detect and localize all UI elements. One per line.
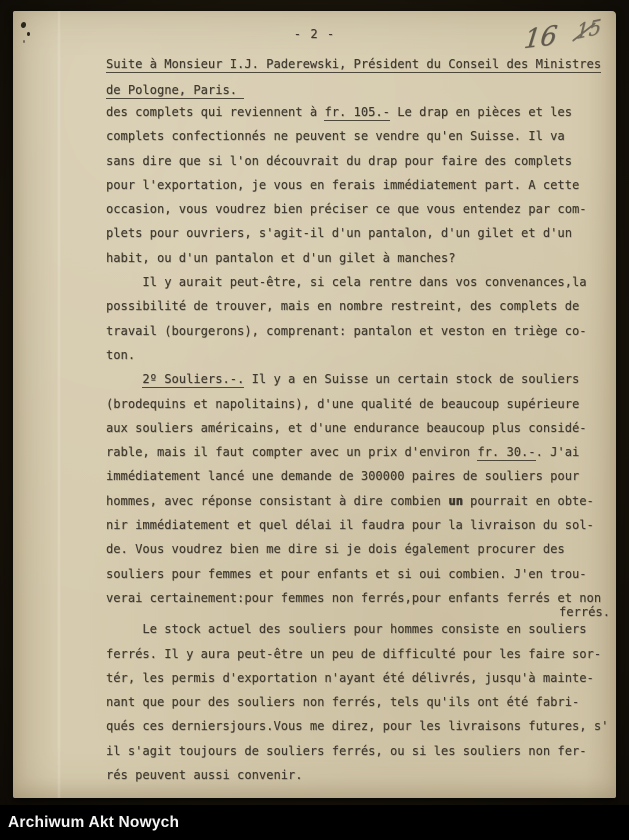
text-segment (106, 372, 142, 386)
text-segment: occasion, vous voudrez bien préciser ce … (106, 202, 587, 216)
text-segment: Le drap en pièces et les (390, 105, 572, 119)
text-line: verai certainement:pour femmes non ferré… (106, 586, 610, 610)
text-line: habit, ou d'un pantalon et d'un gilet à … (106, 246, 610, 270)
text-line: complets confectionnés ne peuvent se ven… (106, 124, 610, 148)
text-line: aux souliers américains, et d'une endura… (106, 416, 610, 440)
text-segment: de. Vous voudrez bien me dire si je dois… (106, 542, 565, 556)
text-line: immédiatement lancé une demande de 30000… (106, 464, 610, 488)
text-line: ferrés. Il y aura peut-être un peu de di… (106, 642, 610, 666)
text-segment: tér, les permis d'exportation n'ayant ét… (106, 671, 594, 685)
text-segment: aux souliers américains, et d'une endura… (106, 421, 587, 435)
text-segment: nir immédiatement et quel délai il faudr… (106, 518, 594, 532)
text-segment: pour l'exportation, je vous en ferais im… (106, 178, 579, 192)
text-line: tér, les permis d'exportation n'ayant ét… (106, 666, 610, 690)
text-segment: travail (bourgerons), comprenant: pantal… (106, 324, 587, 338)
text-line: Il y aurait peut-être, si cela rentre da… (106, 270, 610, 294)
text-segment: des complets qui reviennent à (106, 105, 324, 119)
underlined-text: fr. 30.- (477, 445, 535, 461)
body-text: des complets qui reviennent à fr. 105.- … (106, 100, 610, 787)
text-segment: verai certainement:pour femmes non ferré… (106, 591, 601, 605)
text-segment: rable, mais il faut compter avec un prix… (106, 445, 477, 459)
text-line: rable, mais il faut compter avec un prix… (106, 440, 610, 464)
text-line: occasion, vous voudrez bien préciser ce … (106, 197, 610, 221)
text-segment: nant que pour des souliers non ferrés, t… (106, 695, 579, 709)
scanned-document-photo: - 2 - 16 15 Suite à Monsieur I.J. Padere… (0, 0, 629, 840)
paper-crease (57, 11, 61, 798)
text-segment: . J'ai (536, 445, 580, 459)
text-line: des complets qui reviennent à fr. 105.- … (106, 100, 610, 124)
text-line: ton. (106, 343, 610, 367)
text-segment: souliers pour femmes et pour enfants et … (106, 567, 587, 581)
text-line: travail (bourgerons), comprenant: pantal… (106, 319, 610, 343)
text-line: il s'agit toujours de souliers ferrés, o… (106, 739, 610, 763)
text-line: Le stock actuel des souliers pour hommes… (106, 617, 610, 641)
text-segment: Il y aurait peut-être, si cela rentre da… (106, 275, 587, 289)
text-line: 2º Souliers.-. Il y a en Suisse un certa… (106, 367, 610, 391)
handwritten-number: 16 (522, 21, 559, 56)
header-line-text: de Pologne, Paris. (106, 83, 244, 99)
text-segment: ferrés. Il y aura peut-être un peu de di… (106, 647, 601, 661)
text-segment: qués ces derniersjours.Vous me direz, po… (106, 719, 608, 733)
archive-footer-bar: Archiwum Akt Nowych (0, 805, 629, 840)
text-segment: Le stock actuel des souliers pour hommes… (106, 622, 587, 636)
text-line: nir immédiatement et quel délai il faudr… (106, 513, 610, 537)
text-segment: possibilité de trouver, mais en nombre r… (106, 299, 579, 313)
header-line-text: Suite à Monsieur I.J. Paderewski, Présid… (106, 57, 601, 73)
text-segment: sans dire que si l'on découvrait du drap… (106, 154, 572, 168)
text-segment: hommes, avec réponse consistant à dire c… (106, 494, 448, 508)
text-line: possibilité de trouver, mais en nombre r… (106, 294, 610, 318)
text-segment: Il y a en Suisse un certain stock de sou… (244, 372, 579, 386)
text-segment: rés peuvent aussi convenir. (106, 768, 303, 782)
text-line: de. Vous voudrez bien me dire si je dois… (106, 537, 610, 561)
text-line: pour l'exportation, je vous en ferais im… (106, 173, 610, 197)
text-segment: pourrait en obte- (463, 494, 594, 508)
text-line: souliers pour femmes et pour enfants et … (106, 562, 610, 586)
underlined-text: fr. 105.- (324, 105, 390, 121)
text-line: nant que pour des souliers non ferrés, t… (106, 690, 610, 714)
emphasized-text: un (448, 494, 463, 508)
text-segment: (brodequins et napolitains), d'une quali… (106, 397, 579, 411)
header-line: Suite à Monsieur I.J. Paderewski, Présid… (106, 52, 601, 78)
text-line: rés peuvent aussi convenir. (106, 763, 610, 787)
text-line: (brodequins et napolitains), d'une quali… (106, 392, 610, 416)
text-line: qués ces derniersjours.Vous me direz, po… (106, 714, 610, 738)
text-segment: complets confectionnés ne peuvent se ven… (106, 129, 565, 143)
underlined-text: 2º Souliers.-. (142, 372, 244, 388)
document-page: - 2 - 16 15 Suite à Monsieur I.J. Padere… (13, 11, 616, 798)
letter-header: Suite à Monsieur I.J. Paderewski, Présid… (106, 52, 601, 103)
text-segment: habit, ou d'un pantalon et d'un gilet à … (106, 251, 456, 265)
text-line: hommes, avec réponse consistant à dire c… (106, 489, 610, 513)
text-segment: ton. (106, 348, 135, 362)
text-segment: immédiatement lancé une demande de 30000… (106, 469, 579, 483)
archive-name-label: Archiwum Akt Nowych (0, 805, 629, 832)
text-line: sans dire que si l'on découvrait du drap… (106, 149, 610, 173)
text-segment: plets pour ouvriers, s'agit-il d'un pant… (106, 226, 572, 240)
text-line: plets pour ouvriers, s'agit-il d'un pant… (106, 221, 610, 245)
text-segment: il s'agit toujours de souliers ferrés, o… (106, 744, 587, 758)
